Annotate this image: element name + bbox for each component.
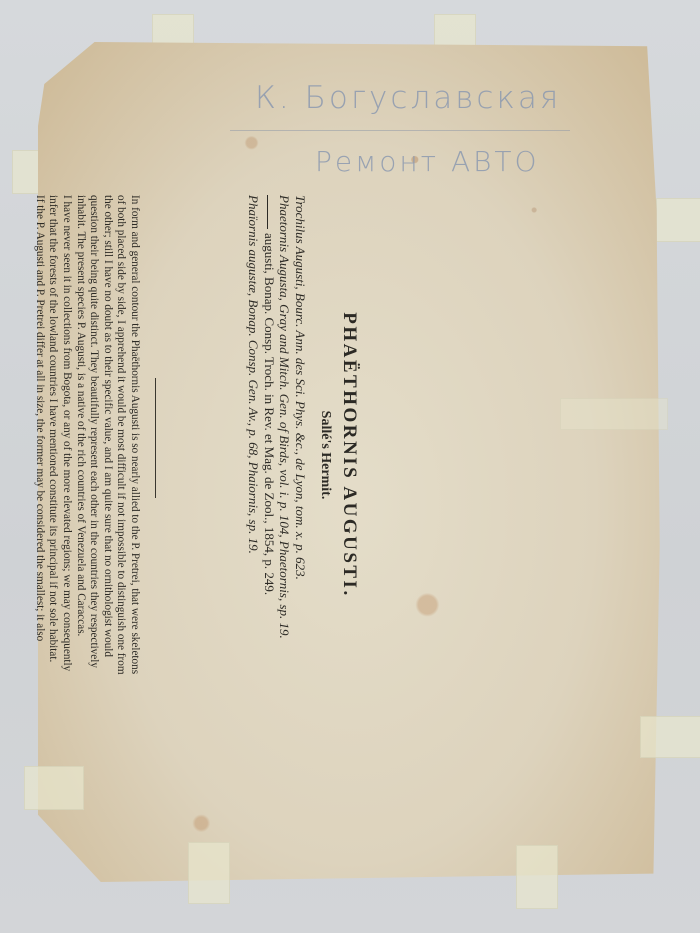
section-rule [155,378,156,498]
page-title: PHAËTHORNIS AUGUSTI. [338,255,360,655]
body-text: In form and general contour the Phaëthor… [32,195,141,735]
synonym-line: Trochilus Augusti, Bourc. Ann. des Sci. … [293,195,309,715]
tape-right-upper [656,198,700,242]
body-line: question their being quite distinct. The… [87,195,101,735]
body-line: of both placed side by side, I apprehend… [114,195,128,735]
synonymy-list: Trochilus Augusti, Bourc. Ann. des Sci. … [246,195,308,715]
synonym-line: Phaetornis Augusta, Gray and Mitch. Gen.… [277,195,293,715]
pencil-line [230,130,570,131]
handwritten-note: Ремонт АВТО [315,145,540,178]
tape-bottom-right [516,845,558,909]
synonym-line: Phaïornis augustæ, Bonap. Consp. Gen. Av… [246,195,262,715]
ditto-dash [267,195,268,229]
body-line: In form and general contour the Phaëthor… [127,195,141,735]
synonym-text: augusti, Bonap. Consp. Troch. in Rev. et… [262,233,277,595]
handwritten-name: К. Богуславская [255,80,561,116]
body-line: infer that the forests of the lowland co… [46,195,60,735]
synonym-line: augusti, Bonap. Consp. Troch. in Rev. et… [262,195,278,715]
tape-bottom-left [188,842,230,904]
body-line: the other; still I have no doubt as to t… [100,195,114,735]
body-line: If the P. Augusti and P. Pretrei differ … [32,195,46,735]
tape-left-lower [24,766,84,810]
body-line: I have never seen it in collections from… [59,195,73,735]
page-subtitle: Sallé's Hermit. [317,255,333,655]
tape-right-middle [560,398,668,430]
tape-right-lower [640,716,700,758]
body-line: inhabit. The present species P. Augusti,… [73,195,87,735]
